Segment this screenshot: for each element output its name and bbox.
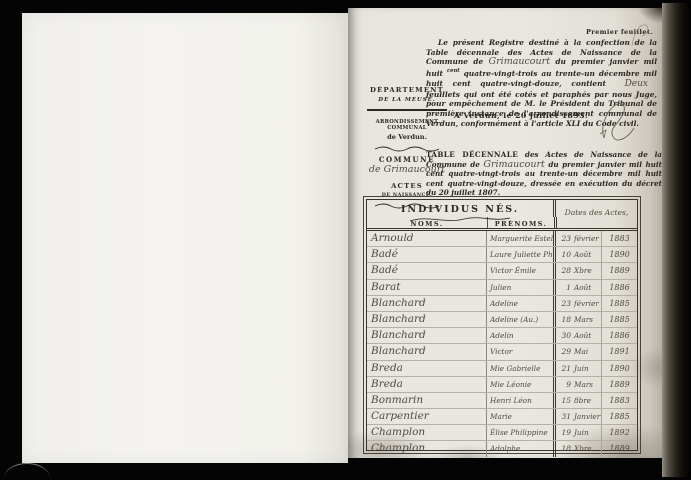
date-month-cell: Mars bbox=[571, 312, 602, 327]
prenoms-cell: Victor Émile bbox=[487, 263, 553, 278]
prenoms-cell: Adeline (Au.) bbox=[487, 312, 553, 327]
nom-cell: Champlon bbox=[367, 441, 487, 456]
prenoms-cell: Mie Léonie bbox=[487, 377, 553, 392]
date-day-cell: 31 bbox=[553, 409, 571, 424]
arrondissement-value: de Verdun. bbox=[355, 133, 459, 141]
date-year-cell: 1883 bbox=[602, 393, 637, 408]
nom-cell: Champlon bbox=[367, 425, 487, 440]
prenoms-cell: Marie bbox=[487, 409, 553, 424]
heading-commune-handwritten: Grimaucourt bbox=[483, 159, 544, 170]
register-page: Premier feuillet. Le présent Registre de… bbox=[348, 8, 662, 458]
date-month-cell: Août bbox=[571, 280, 602, 295]
date-day-cell: 29 bbox=[553, 344, 571, 359]
date-year-cell: 1886 bbox=[602, 280, 637, 295]
date-month-cell: Août bbox=[571, 247, 602, 262]
date-day-cell: 23 bbox=[553, 296, 571, 311]
table-row: Blanchard Adeline (Au.) 18 Mars 1885 bbox=[367, 312, 637, 328]
table-row: Champlon Adolphe 18 Xbre 1889 bbox=[367, 441, 637, 456]
insertion-cent: cent bbox=[447, 68, 460, 74]
date-day-cell: 1 bbox=[553, 280, 571, 295]
commune-handwritten: Grimaucourt bbox=[489, 56, 550, 67]
date-month-cell: Mai bbox=[571, 344, 602, 359]
pencil-corner-mark bbox=[4, 463, 50, 478]
date-day-cell: 23 bbox=[553, 231, 571, 246]
preamble-text-3: quatre-vingt-trois au trente-un décembre… bbox=[426, 69, 657, 88]
prenoms-cell: Mie Gabrielle bbox=[487, 361, 553, 376]
nom-cell: Bonmarin bbox=[367, 393, 487, 408]
table-row: Carpentier Marie 31 Janvier 1885 bbox=[367, 409, 637, 425]
table-row: Blanchard Victor 29 Mai 1891 bbox=[367, 344, 637, 360]
date-month-cell: Janvier bbox=[571, 409, 602, 424]
date-day-cell: 30 bbox=[553, 328, 571, 343]
table-row: Blanchard Adelin 30 Août 1886 bbox=[367, 328, 637, 344]
nom-cell: Blanchard bbox=[367, 328, 487, 343]
nom-cell: Arnould bbox=[367, 231, 487, 246]
table-row: Barat Julien 1 Août 1886 bbox=[367, 280, 637, 296]
divider-rule bbox=[367, 109, 447, 111]
date-month-cell: Août bbox=[571, 328, 602, 343]
nom-cell: Barat bbox=[367, 280, 487, 295]
table-row: Breda Mie Gabrielle 21 Juin 1890 bbox=[367, 361, 637, 377]
prenoms-cell: Adolphe bbox=[487, 441, 553, 456]
date-month-cell: février bbox=[571, 296, 602, 311]
date-month-cell: Juin bbox=[571, 425, 602, 440]
departement-value: DE LA MEUSE. bbox=[355, 97, 459, 103]
book-edge bbox=[662, 3, 691, 477]
date-year-cell: 1892 bbox=[602, 425, 637, 440]
swash-underline-icon bbox=[410, 216, 510, 224]
prenoms-cell: Adeline bbox=[487, 296, 553, 311]
date-year-cell: 1885 bbox=[602, 296, 637, 311]
date-day-cell: 18 bbox=[553, 441, 571, 456]
date-day-cell: 9 bbox=[553, 377, 571, 392]
prenoms-cell: Julien bbox=[487, 280, 553, 295]
date-year-cell: 1891 bbox=[602, 344, 637, 359]
table-row: Breda Mie Léonie 9 Mars 1889 bbox=[367, 377, 637, 393]
table-row: Blanchard Adeline 23 février 1885 bbox=[367, 296, 637, 312]
date-month-cell: Xbre bbox=[571, 441, 602, 456]
nom-cell: Badé bbox=[367, 247, 487, 262]
table-row: Badé Victor Émile 28 Xbre 1889 bbox=[367, 263, 637, 279]
table-body: Arnould Marguerite Estelle Albertine 23 … bbox=[367, 231, 637, 457]
date-day-cell: 21 bbox=[553, 361, 571, 376]
departement-label: DÉPARTEMENT bbox=[355, 86, 459, 94]
table-decennale-heading: TABLE DÉCENNALE des Actes de Naissance d… bbox=[426, 150, 662, 198]
date-year-cell: 1889 bbox=[602, 263, 637, 278]
prenoms-cell: Marguerite Estelle Albertine bbox=[487, 231, 553, 246]
date-month-cell: Mars bbox=[571, 377, 602, 392]
date-day-cell: 19 bbox=[553, 425, 571, 440]
table-row: Champlon Élise Philippine 19 Juin 1892 bbox=[367, 425, 637, 441]
prenoms-cell: Laure Juliette Philippine bbox=[487, 247, 553, 262]
nom-cell: Blanchard bbox=[367, 296, 487, 311]
date-day-cell: 28 bbox=[553, 263, 571, 278]
table-header-top: INDIVIDUS NÉS. Dates des Actes, bbox=[367, 200, 637, 217]
arrondissement-label: ARRONDISSEMENT COMMUNAL bbox=[355, 119, 459, 131]
date-year-cell: 1886 bbox=[602, 328, 637, 343]
date-month-cell: 8bre bbox=[571, 393, 602, 408]
nom-cell: Badé bbox=[367, 263, 487, 278]
feuillets-count-handwritten: Deux bbox=[625, 79, 648, 89]
date-day-cell: 15 bbox=[553, 393, 571, 408]
date-year-cell: 1883 bbox=[602, 231, 637, 246]
date-year-cell: 1890 bbox=[602, 361, 637, 376]
date-month-cell: Juin bbox=[571, 361, 602, 376]
table-row: Arnould Marguerite Estelle Albertine 23 … bbox=[367, 231, 637, 247]
births-register-table: INDIVIDUS NÉS. Dates des Actes, NOMS. PR… bbox=[363, 196, 641, 454]
date-year-cell: 1885 bbox=[602, 312, 637, 327]
date-year-cell: 1885 bbox=[602, 409, 637, 424]
date-year-cell: 1889 bbox=[602, 377, 637, 392]
table-row: Bonmarin Henri Léon 15 8bre 1883 bbox=[367, 393, 637, 409]
date-month-cell: février bbox=[571, 231, 602, 246]
blank-left-page bbox=[22, 13, 348, 463]
prenoms-cell: Henri Léon bbox=[487, 393, 553, 408]
nom-cell: Blanchard bbox=[367, 344, 487, 359]
judge-paraph-icon bbox=[598, 98, 640, 142]
date-day-cell: 10 bbox=[553, 247, 571, 262]
table-title: INDIVIDUS NÉS. bbox=[367, 204, 553, 215]
dates-column-header: Dates des Actes, bbox=[556, 208, 637, 217]
date-year-cell: 1890 bbox=[602, 247, 637, 262]
nom-cell: Breda bbox=[367, 361, 487, 376]
prenoms-cell: Victor bbox=[487, 344, 553, 359]
prenoms-cell: Adelin bbox=[487, 328, 553, 343]
date-month-cell: Xbre bbox=[571, 263, 602, 278]
nom-cell: Breda bbox=[367, 377, 487, 392]
nom-cell: Blanchard bbox=[367, 312, 487, 327]
table-row: Badé Laure Juliette Philippine 10 Août 1… bbox=[367, 247, 637, 263]
nom-cell: Carpentier bbox=[367, 409, 487, 424]
prenoms-cell: Élise Philippine bbox=[487, 425, 553, 440]
date-year-cell: 1889 bbox=[602, 441, 637, 456]
date-day-cell: 18 bbox=[553, 312, 571, 327]
